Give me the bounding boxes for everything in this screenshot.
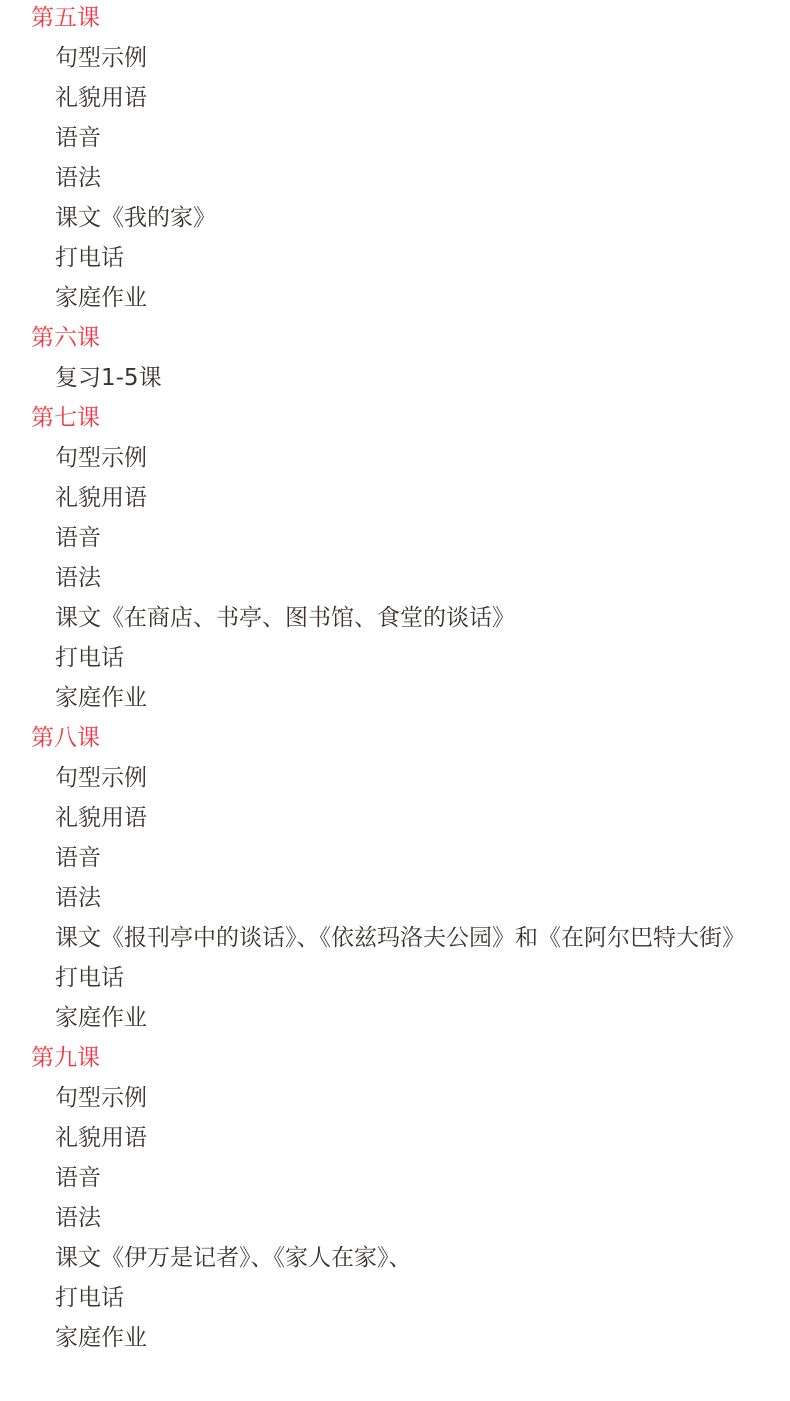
lesson-item[interactable]: 礼貌用语: [0, 78, 790, 118]
lesson-item[interactable]: 课文《在商店、书亭、图书馆、食堂的谈话》: [0, 598, 790, 638]
lesson-item[interactable]: 课文《我的家》: [0, 198, 790, 238]
lesson-item[interactable]: 语法: [0, 558, 790, 598]
lesson-item[interactable]: 语音: [0, 118, 790, 158]
lesson-item[interactable]: 句型示例: [0, 38, 790, 78]
lesson-item[interactable]: 家庭作业: [0, 1318, 790, 1358]
lesson-item[interactable]: 打电话: [0, 238, 790, 278]
lesson-item[interactable]: 打电话: [0, 638, 790, 678]
lesson-item[interactable]: 复习1-5课: [0, 358, 790, 398]
lesson-item[interactable]: 家庭作业: [0, 998, 790, 1038]
lesson-section: 第八课句型示例礼貌用语语音语法课文《报刊亭中的谈话》、《依兹玛洛夫公园》和《在阿…: [0, 718, 790, 1038]
lesson-title[interactable]: 第七课: [0, 398, 790, 438]
lesson-item[interactable]: 家庭作业: [0, 678, 790, 718]
lesson-title[interactable]: 第九课: [0, 1038, 790, 1078]
lesson-title[interactable]: 第六课: [0, 318, 790, 358]
lesson-item[interactable]: 语音: [0, 518, 790, 558]
lesson-item[interactable]: 语法: [0, 878, 790, 918]
lesson-section: 第六课复习1-5课: [0, 318, 790, 398]
lesson-item[interactable]: 礼貌用语: [0, 478, 790, 518]
lesson-item[interactable]: 课文《伊万是记者》、《家人在家》、: [0, 1238, 790, 1278]
lesson-item[interactable]: 课文《报刊亭中的谈话》、《依兹玛洛夫公园》和《在阿尔巴特大街》: [0, 918, 790, 958]
lesson-title[interactable]: 第八课: [0, 718, 790, 758]
lesson-section: 第七课句型示例礼貌用语语音语法课文《在商店、书亭、图书馆、食堂的谈话》打电话家庭…: [0, 398, 790, 718]
lesson-item[interactable]: 句型示例: [0, 438, 790, 478]
lesson-item[interactable]: 礼貌用语: [0, 1118, 790, 1158]
lesson-item[interactable]: 语法: [0, 158, 790, 198]
lesson-section: 第九课句型示例礼貌用语语音语法课文《伊万是记者》、《家人在家》、打电话家庭作业: [0, 1038, 790, 1358]
table-of-contents: 第五课句型示例礼貌用语语音语法课文《我的家》打电话家庭作业第六课复习1-5课第七…: [0, 0, 790, 1358]
lesson-section: 第五课句型示例礼貌用语语音语法课文《我的家》打电话家庭作业: [0, 0, 790, 318]
lesson-item[interactable]: 语法: [0, 1198, 790, 1238]
lesson-item[interactable]: 打电话: [0, 958, 790, 998]
lesson-item[interactable]: 句型示例: [0, 1078, 790, 1118]
lesson-item[interactable]: 家庭作业: [0, 278, 790, 318]
lesson-item[interactable]: 句型示例: [0, 758, 790, 798]
lesson-item[interactable]: 语音: [0, 838, 790, 878]
lesson-title[interactable]: 第五课: [0, 0, 790, 38]
lesson-item[interactable]: 语音: [0, 1158, 790, 1198]
lesson-item[interactable]: 打电话: [0, 1278, 790, 1318]
lesson-item[interactable]: 礼貌用语: [0, 798, 790, 838]
